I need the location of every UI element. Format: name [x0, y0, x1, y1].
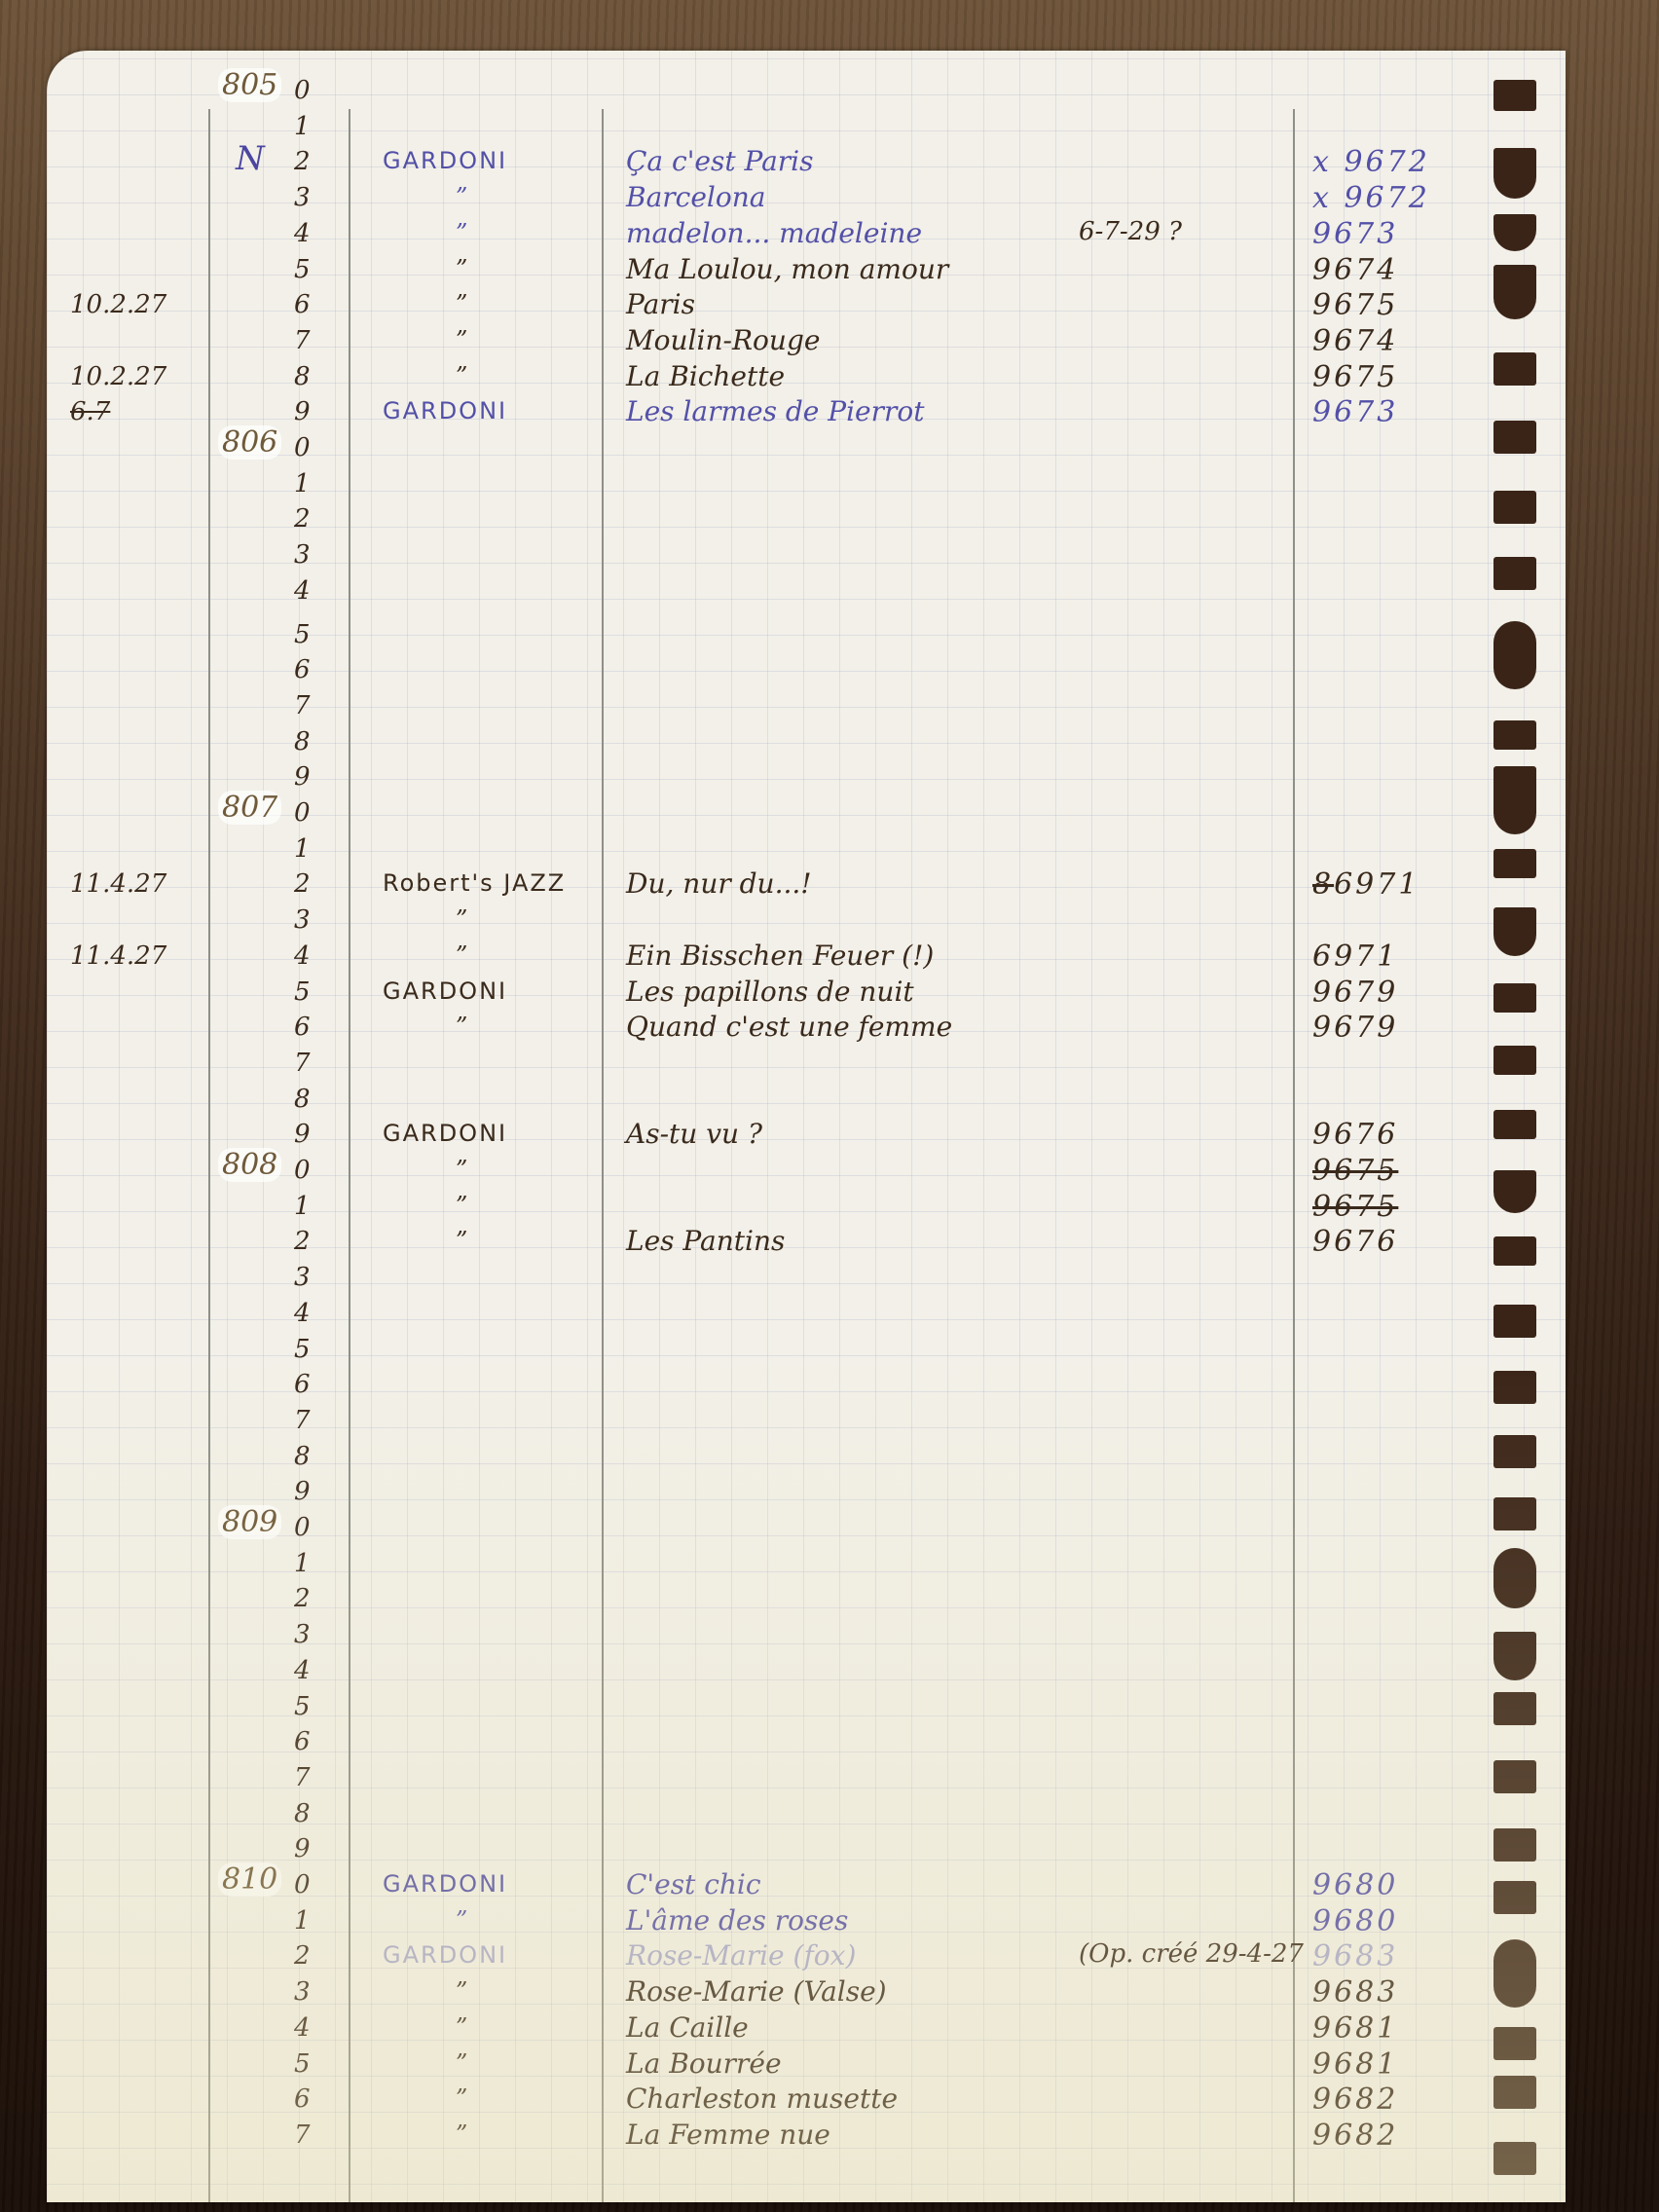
row-digit: 8 — [294, 1442, 311, 1471]
row-matrix: 9682 — [1312, 2119, 1398, 2153]
row-digit: 6 — [294, 1370, 311, 1399]
row-artist: ” — [456, 905, 467, 933]
row-title: La Femme nue — [626, 2119, 830, 2151]
row-digit: 3 — [294, 1977, 311, 2007]
row-digit: 8 — [294, 1799, 311, 1828]
row-digit: 2 — [294, 869, 311, 899]
row-artist: ” — [456, 255, 467, 282]
row-digit: 6 — [294, 655, 311, 684]
row-note: 6-7-29 ? — [1079, 217, 1182, 246]
row-matrix: 9680 — [1312, 1868, 1398, 1902]
row-date: 6.7 — [70, 397, 110, 426]
ledger-row: 3” — [47, 902, 1566, 939]
ledger-row: 3 — [47, 1616, 1566, 1653]
row-digit: 2 — [294, 1584, 311, 1613]
binder-hole — [1493, 1435, 1536, 1468]
binder-hole — [1493, 1371, 1536, 1404]
row-digit: 6 — [294, 2084, 311, 2114]
row-digit: 7 — [294, 1406, 311, 1435]
row-digit: 4 — [294, 2013, 311, 2043]
row-digit: 2 — [294, 1941, 311, 1971]
row-title: C'est chic — [626, 1868, 761, 1900]
row-digit: 4 — [294, 576, 311, 606]
row-date: 10.2.27 — [70, 290, 166, 319]
ledger-row: 5 — [47, 1688, 1566, 1725]
row-title: La Bourrée — [626, 2047, 782, 2080]
ledger-row: 7 — [47, 1759, 1566, 1796]
ledger-row: 8060 — [47, 429, 1566, 466]
ledger-row: 1”9675 — [47, 1188, 1566, 1225]
row-artist: ” — [456, 2049, 467, 2077]
row-matrix: 9683 — [1312, 1975, 1398, 2009]
row-title: Du, nur du...! — [626, 867, 812, 900]
row-matrix: x 9672 — [1312, 145, 1430, 179]
row-digit: 7 — [294, 1763, 311, 1792]
row-prefix: 809 — [218, 1505, 281, 1539]
ledger-row: 5”Ma Loulou, mon amour9674 — [47, 251, 1566, 288]
row-date: 10.2.27 — [70, 362, 166, 391]
row-digit: 7 — [294, 691, 311, 720]
row-digit: 5 — [294, 2049, 311, 2079]
row-digit: 8 — [294, 1085, 311, 1114]
row-matrix: 9675 — [1312, 360, 1398, 394]
row-artist: ” — [456, 326, 467, 353]
ledger-row: 6 — [47, 1723, 1566, 1760]
row-digit: 3 — [294, 905, 311, 935]
row-title: Les larmes de Pierrot — [626, 395, 925, 427]
ledger-row: 5GARDONILes papillons de nuit9679 — [47, 974, 1566, 1011]
row-matrix: 9673 — [1312, 217, 1398, 251]
binder-hole — [1493, 1692, 1536, 1725]
ledger-row: 7 — [47, 687, 1566, 724]
row-digit: 9 — [294, 397, 311, 426]
binder-hole — [1493, 80, 1536, 111]
binder-hole — [1493, 1110, 1536, 1139]
row-artist: Robert's JAZZ — [383, 869, 566, 897]
row-title: Charleston musette — [626, 2083, 898, 2115]
ledger-row: 1 — [47, 108, 1566, 145]
row-digit: 4 — [294, 1299, 311, 1328]
row-date: 11.4.27 — [70, 941, 166, 971]
ledger-row: 8070 — [47, 794, 1566, 831]
ledger-row: 4 — [47, 572, 1566, 609]
row-artist: ” — [456, 1156, 467, 1183]
row-digit: 0 — [294, 1870, 311, 1899]
ledger-row: 4 — [47, 1652, 1566, 1689]
ledger-row: 11.4.272Robert's JAZZDu, nur du...!86971 — [47, 866, 1566, 903]
ledger-row: 7 — [47, 1402, 1566, 1439]
row-digit: 5 — [294, 620, 311, 649]
row-digit: 1 — [294, 834, 311, 864]
row-matrix: 9681 — [1312, 2047, 1398, 2082]
row-digit: 9 — [294, 1477, 311, 1506]
row-matrix: x 9672 — [1312, 181, 1430, 215]
ledger-row: 2 — [47, 1580, 1566, 1617]
row-artist: ” — [456, 1227, 467, 1254]
row-artist: ” — [456, 1192, 467, 1219]
row-note: (Op. créé 29-4-27 — [1079, 1939, 1304, 1969]
row-digit: 4 — [294, 941, 311, 971]
row-digit: 5 — [294, 1335, 311, 1364]
row-digit: 1 — [294, 1192, 311, 1221]
row-artist: ” — [456, 1977, 467, 2005]
ledger-row: 6”Quand c'est une femme9679 — [47, 1009, 1566, 1046]
row-artist: ” — [456, 2084, 467, 2112]
row-matrix: 9675 — [1312, 1190, 1398, 1224]
row-artist: GARDONI — [383, 977, 507, 1005]
ledger-row: 7”La Femme nue9682 — [47, 2117, 1566, 2154]
row-title: Barcelona — [626, 181, 765, 213]
binder-hole — [1493, 421, 1536, 454]
row-matrix: 9683 — [1312, 1939, 1398, 1973]
row-digit: 0 — [294, 1156, 311, 1185]
row-title: La Caille — [626, 2011, 749, 2044]
ledger-row: 8 — [47, 1438, 1566, 1475]
ledger-row: 11.4.274”Ein Bisschen Feuer (!)6971 — [47, 938, 1566, 975]
ledger-row: 8090 — [47, 1509, 1566, 1546]
row-title: Moulin-Rouge — [626, 324, 820, 356]
row-title: L'âme des roses — [626, 1904, 848, 1936]
row-artist: ” — [456, 1013, 467, 1040]
ledger-row: 5”La Bourrée9681 — [47, 2046, 1566, 2083]
row-digit: 2 — [294, 1227, 311, 1256]
binder-hole — [1493, 1632, 1536, 1680]
binder-hole — [1493, 983, 1536, 1013]
row-digit: 9 — [294, 1120, 311, 1149]
row-matrix: 9674 — [1312, 324, 1398, 358]
row-matrix: 86971 — [1312, 867, 1419, 902]
row-title: madelon... madeleine — [626, 217, 922, 249]
row-digit: 3 — [294, 1263, 311, 1292]
row-matrix: 9680 — [1312, 1904, 1398, 1938]
row-title: Rose-Marie (fox) — [626, 1939, 856, 1972]
row-matrix: 9681 — [1312, 2011, 1398, 2046]
ledger-row: 8050 — [47, 72, 1566, 109]
binder-hole — [1493, 1548, 1536, 1608]
row-digit: 7 — [294, 1049, 311, 1078]
row-prefix: 805 — [218, 68, 281, 102]
row-matrix: 9676 — [1312, 1225, 1398, 1259]
row-matrix: 9673 — [1312, 395, 1398, 429]
ledger-row: 4 — [47, 1295, 1566, 1332]
row-digit: 3 — [294, 183, 311, 212]
row-digit: 5 — [294, 1692, 311, 1721]
row-date: 11.4.27 — [70, 869, 166, 899]
binder-hole — [1493, 1497, 1536, 1530]
row-digit: 5 — [294, 977, 311, 1007]
row-matrix: 9679 — [1312, 1011, 1398, 1045]
row-artist: GARDONI — [383, 1941, 507, 1969]
row-digit: 1 — [294, 112, 311, 141]
ledger-row: 6 — [47, 1366, 1566, 1403]
row-artist: ” — [456, 362, 467, 389]
binder-hole — [1493, 621, 1536, 689]
ledger-row: 8 — [47, 723, 1566, 760]
row-digit: 4 — [294, 219, 311, 248]
row-matrix: 9675 — [1312, 1154, 1398, 1188]
binder-hole — [1493, 1305, 1536, 1338]
row-artist: GARDONI — [383, 397, 507, 424]
row-artist: GARDONI — [383, 1870, 507, 1898]
row-digit: 1 — [294, 469, 311, 498]
row-title: As-tu vu ? — [626, 1118, 762, 1150]
row-matrix: 9676 — [1312, 1118, 1398, 1152]
row-title: Rose-Marie (Valse) — [626, 1975, 887, 2008]
ledger-page: 80501N2GARDONIÇa c'est Parisx 96723”Barc… — [47, 51, 1566, 2202]
row-prefix: 807 — [218, 791, 281, 825]
row-title: Ma Loulou, mon amour — [626, 253, 948, 285]
row-digit: 2 — [294, 504, 311, 534]
binder-hole — [1493, 849, 1536, 878]
row-artist: ” — [456, 183, 467, 210]
ledger-row: 8 — [47, 1795, 1566, 1832]
ledger-row: 1 — [47, 830, 1566, 867]
binder-hole — [1493, 557, 1536, 590]
row-title: Ça c'est Paris — [626, 145, 813, 177]
binder-hole — [1493, 2027, 1536, 2060]
ledger-row: 4”La Caille9681 — [47, 2009, 1566, 2046]
ledger-row: 1 — [47, 1545, 1566, 1582]
row-digit: 0 — [294, 76, 311, 105]
row-digit: 6 — [294, 1727, 311, 1756]
row-matrix: 9682 — [1312, 2083, 1398, 2117]
binder-hole — [1493, 148, 1536, 199]
ledger-row: 1 — [47, 465, 1566, 502]
ledger-row: 8080”9675 — [47, 1152, 1566, 1189]
ledger-row: 3”Rose-Marie (Valse)9683 — [47, 1973, 1566, 2010]
row-title: La Bichette — [626, 360, 785, 392]
row-digit: 7 — [294, 2120, 311, 2150]
row-artist: ” — [456, 2013, 467, 2041]
ledger-row: 1”L'âme des roses9680 — [47, 1902, 1566, 1939]
row-artist: GARDONI — [383, 1120, 507, 1147]
row-digit: 8 — [294, 362, 311, 391]
row-digit: 7 — [294, 326, 311, 355]
row-digit: 3 — [294, 540, 311, 570]
ledger-row: 2 — [47, 500, 1566, 537]
ledger-row: 10.2.276”Paris9675 — [47, 286, 1566, 323]
row-matrix: 9675 — [1312, 288, 1398, 322]
binder-hole — [1493, 720, 1536, 750]
row-prefix: 810 — [218, 1862, 281, 1897]
row-digit: 9 — [294, 762, 311, 792]
ledger-row: 3 — [47, 536, 1566, 573]
row-artist: ” — [456, 290, 467, 317]
row-artist: ” — [456, 941, 467, 969]
binder-hole — [1493, 1939, 1536, 2008]
ledger-row: 6”Charleston musette9682 — [47, 2081, 1566, 2118]
row-artist: ” — [456, 219, 467, 246]
binder-hole — [1493, 1046, 1536, 1075]
binder-hole — [1493, 907, 1536, 956]
row-matrix: 9679 — [1312, 976, 1398, 1010]
ledger-row: 2GARDONIRose-Marie (fox)(Op. créé 29-4-2… — [47, 1937, 1566, 1974]
row-digit: 0 — [294, 798, 311, 828]
row-digit: 6 — [294, 1013, 311, 1042]
ledger-row: 5 — [47, 616, 1566, 653]
row-digit: 2 — [294, 147, 311, 176]
row-digit: 3 — [294, 1620, 311, 1649]
binder-hole — [1493, 2142, 1536, 2175]
binder-hole — [1493, 1828, 1536, 1862]
row-digit: 5 — [294, 255, 311, 284]
row-digit: 1 — [294, 1906, 311, 1935]
ledger-row: 8100GARDONIC'est chic9680 — [47, 1866, 1566, 1903]
ledger-row: 2”Les Pantins9676 — [47, 1223, 1566, 1260]
ledger-row: N2GARDONIÇa c'est Parisx 9672 — [47, 143, 1566, 180]
row-artist: GARDONI — [383, 147, 507, 174]
row-title: Ein Bisschen Feuer (!) — [626, 940, 934, 972]
row-digit: 0 — [294, 433, 311, 462]
row-matrix: 9674 — [1312, 253, 1398, 287]
ledger-row: 7 — [47, 1045, 1566, 1082]
binder-hole — [1493, 1170, 1536, 1213]
ledger-row: 6 — [47, 651, 1566, 688]
ledger-row: 7”Moulin-Rouge9674 — [47, 322, 1566, 359]
ledger-row: 4”madelon... madeleine6-7-29 ?9673 — [47, 215, 1566, 252]
binder-hole — [1493, 1236, 1536, 1266]
binder-hole — [1493, 2076, 1536, 2109]
binder-hole — [1493, 1881, 1536, 1914]
ledger-row: 3 — [47, 1259, 1566, 1296]
row-digit: 8 — [294, 727, 311, 756]
row-title: Paris — [626, 288, 695, 320]
row-matrix: 6971 — [1312, 940, 1398, 974]
binder-hole — [1493, 766, 1536, 834]
binder-hole — [1493, 491, 1536, 524]
ledger-row: 3”Barcelonax 9672 — [47, 179, 1566, 216]
row-artist: ” — [456, 2120, 467, 2148]
binder-hole — [1493, 265, 1536, 319]
row-title: Les papillons de nuit — [626, 976, 914, 1008]
row-prefix: 808 — [218, 1148, 281, 1182]
ledger-row: 5 — [47, 1331, 1566, 1368]
row-title: Quand c'est une femme — [626, 1011, 952, 1043]
row-title: Les Pantins — [626, 1225, 785, 1257]
row-prefix: 806 — [218, 425, 281, 460]
row-digit: 9 — [294, 1834, 311, 1863]
row-artist: ” — [456, 1906, 467, 1934]
row-marker: N — [232, 139, 269, 178]
binder-hole — [1493, 1760, 1536, 1793]
row-digit: 1 — [294, 1549, 311, 1578]
row-digit: 4 — [294, 1656, 311, 1685]
row-digit: 6 — [294, 290, 311, 319]
ledger-row: 8 — [47, 1081, 1566, 1118]
row-digit: 0 — [294, 1513, 311, 1542]
binder-hole — [1493, 352, 1536, 386]
ledger-row: 10.2.278”La Bichette9675 — [47, 358, 1566, 395]
